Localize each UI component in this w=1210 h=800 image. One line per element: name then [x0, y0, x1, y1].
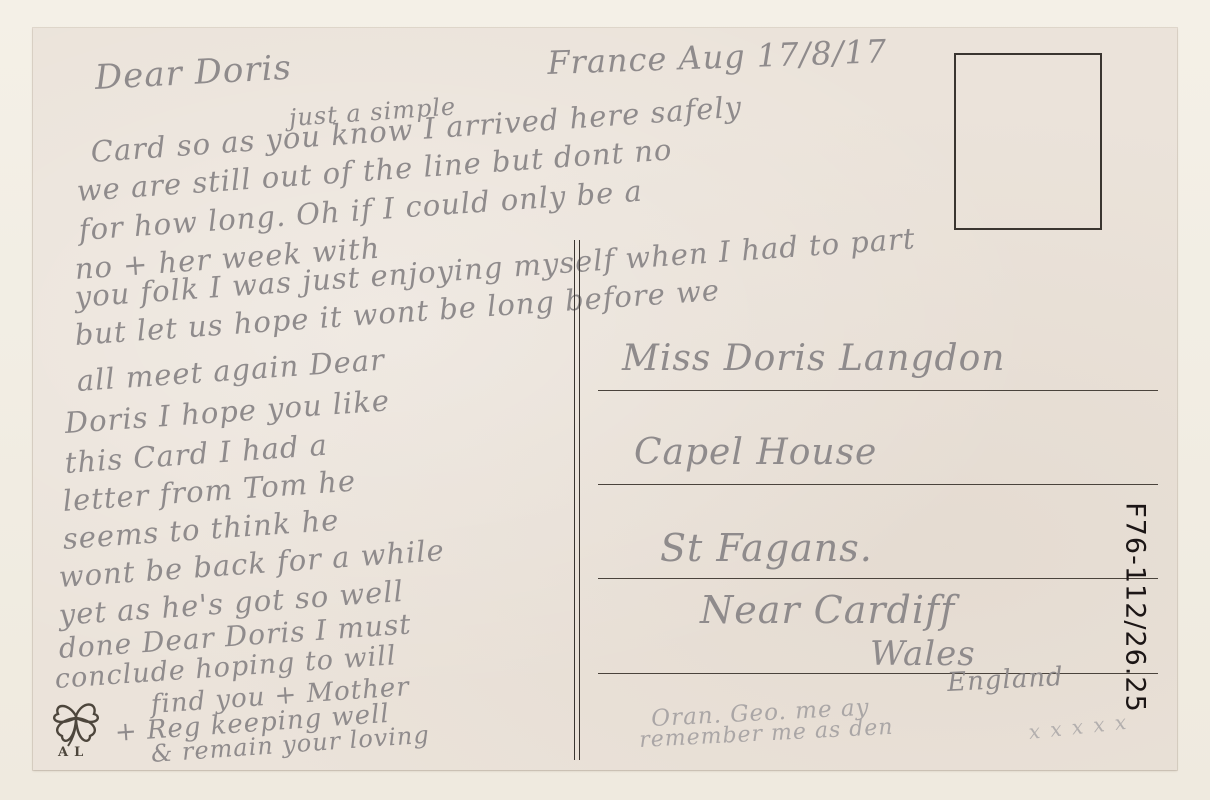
stamp-placeholder-box [954, 53, 1102, 230]
address-rule [598, 484, 1158, 485]
address-rule [598, 390, 1158, 391]
address-line: England [946, 662, 1064, 698]
address-line: St Fagans. [660, 526, 873, 570]
accession-number: F76-112/26.25 [1120, 458, 1151, 758]
publisher-initials: AL [58, 745, 89, 760]
vertical-divider [574, 240, 580, 760]
address-line: Miss Doris Langdon [622, 338, 1005, 379]
address-rule [598, 578, 1158, 579]
address-line: Near Cardiff [700, 588, 955, 632]
address-line: Capel House [634, 432, 877, 473]
